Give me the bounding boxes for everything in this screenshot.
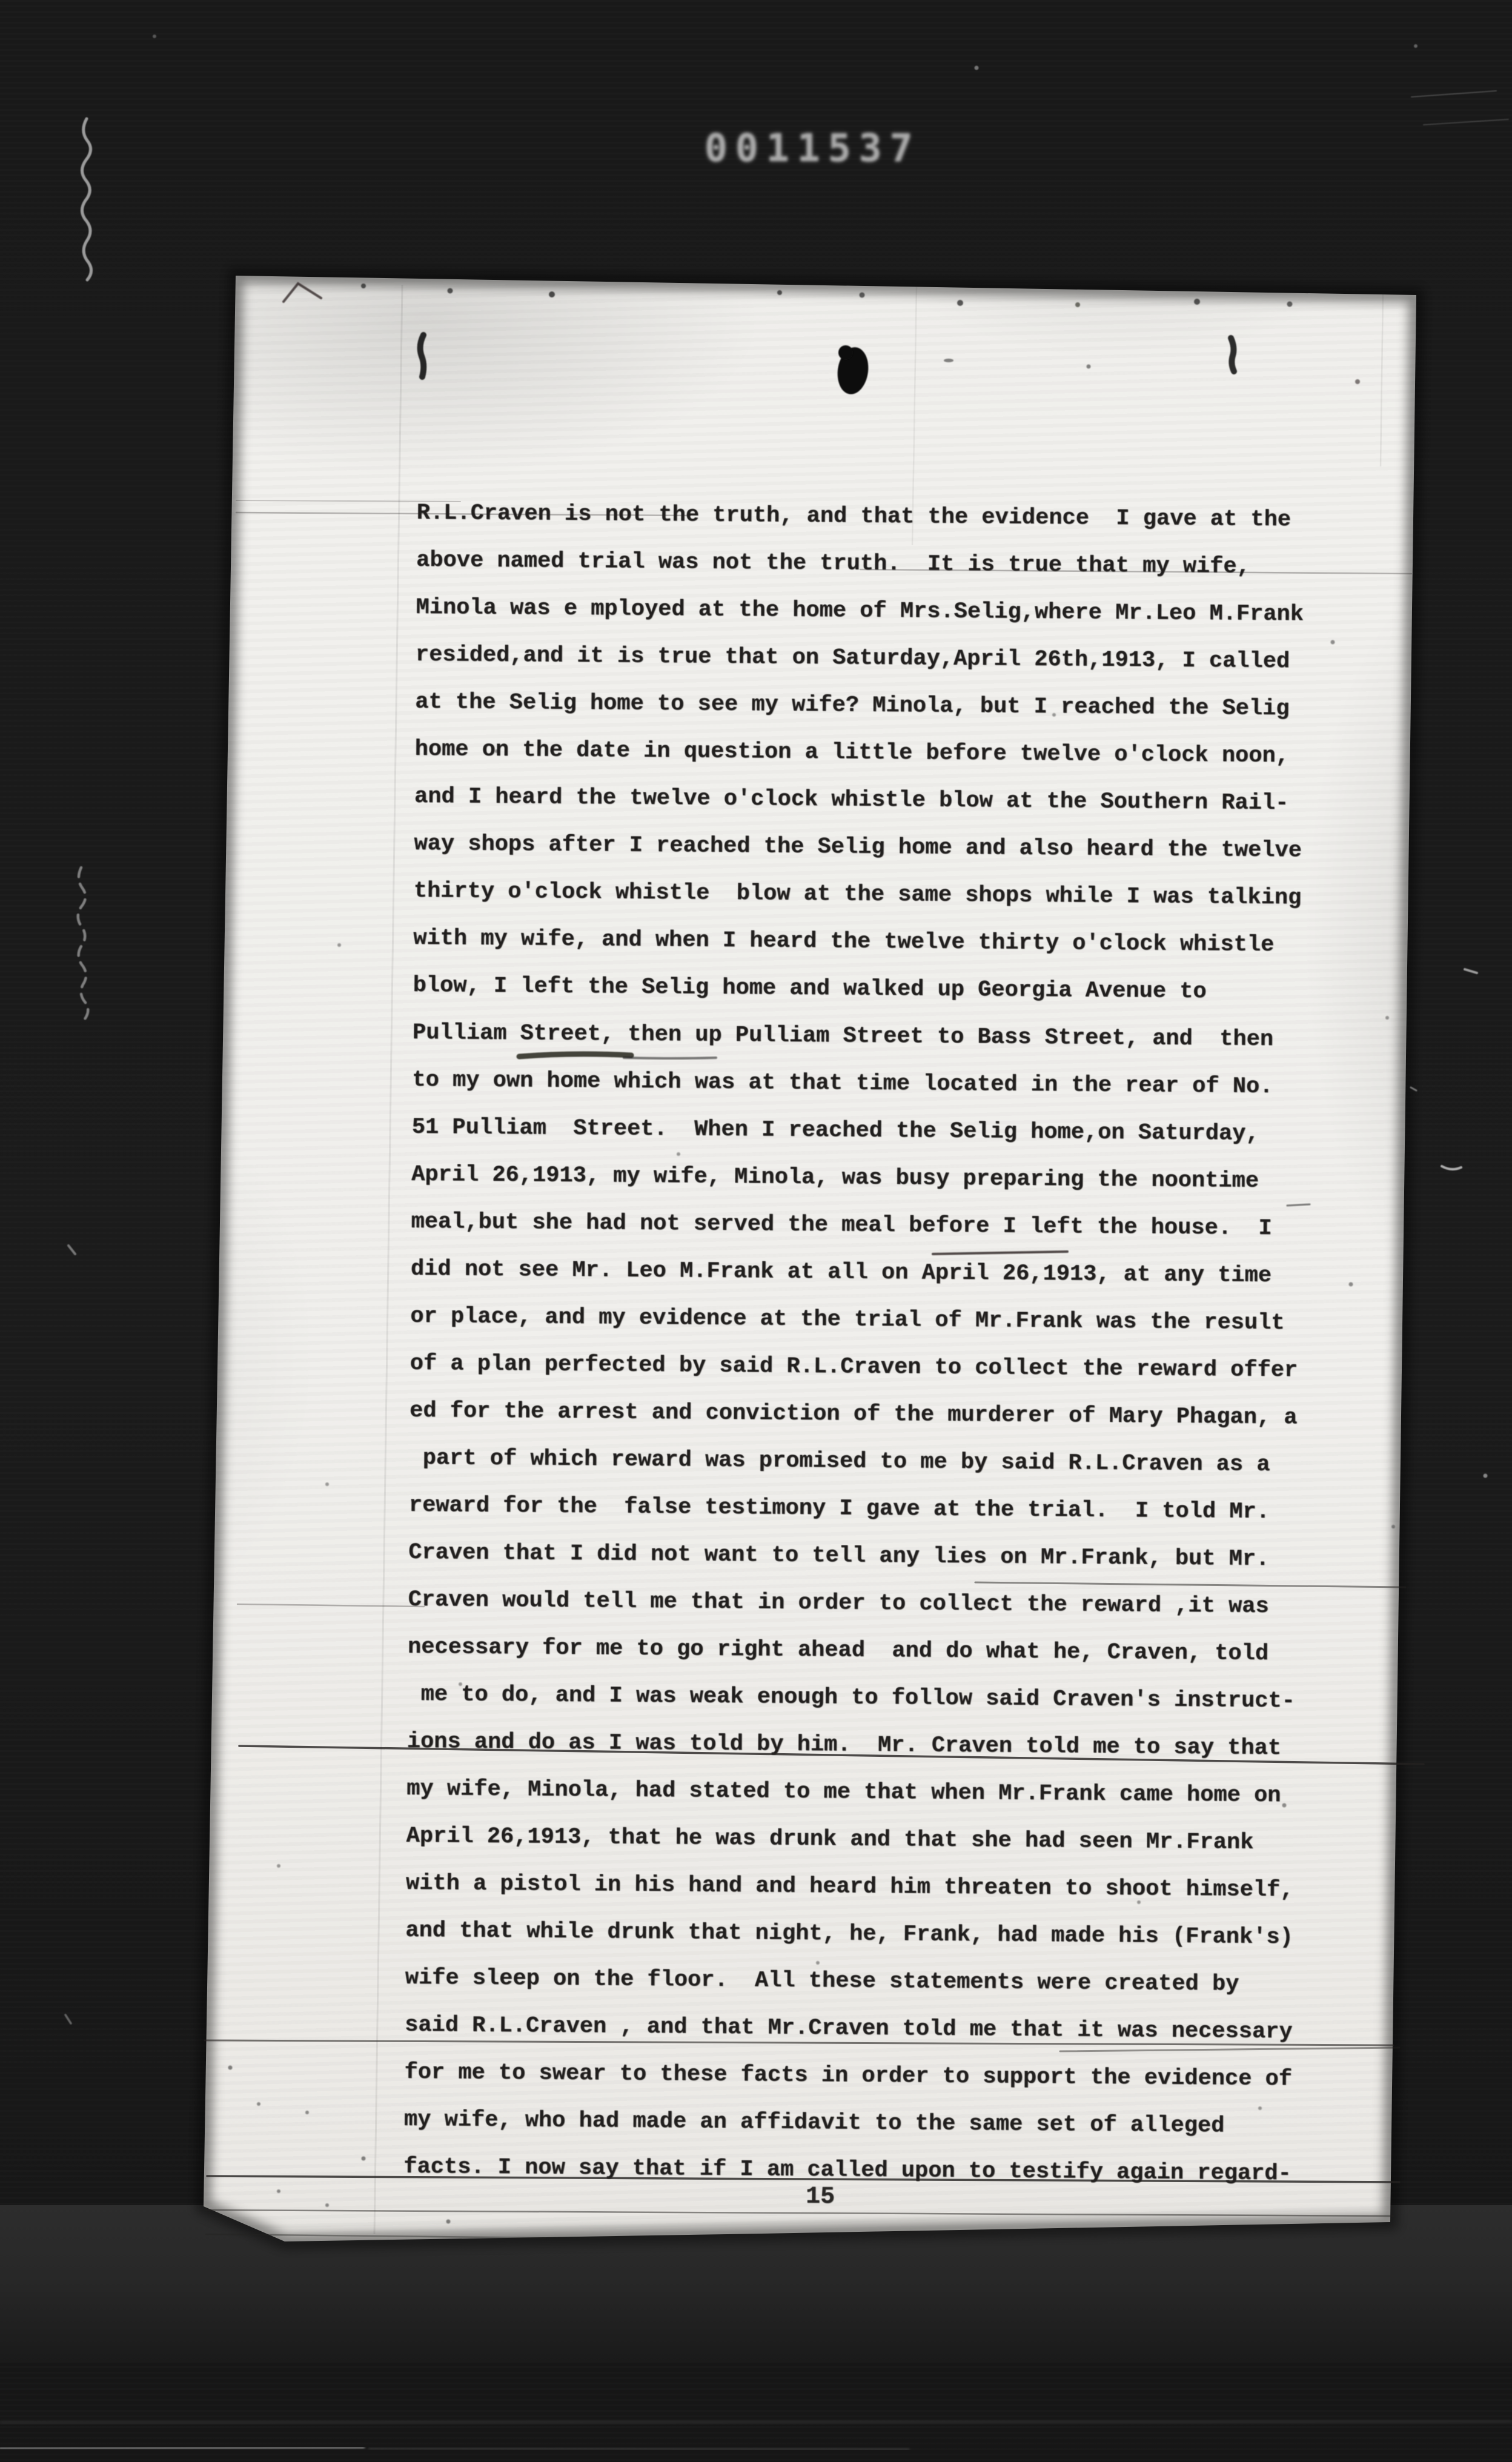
text-line: 51 Pulliam Street. When I reached the Se… (411, 1104, 1321, 1158)
text-line: April 26,1913, that he was drunk and tha… (406, 1813, 1315, 1867)
text-line: meal,but she had not served the meal bef… (411, 1198, 1320, 1253)
text-line: at the Selig home to see my wife? Minola… (415, 679, 1324, 733)
microfilm-scan: 0011537 R.L.Craven is not the truth, and… (0, 0, 1512, 2462)
text-line: home on the date in question a little be… (414, 726, 1324, 780)
text-line: R.L.Craven is not the truth, and that th… (416, 489, 1325, 544)
frame-number-stamp: 0011537 (705, 126, 921, 170)
text-line: and that while drunk that night, he, Fra… (405, 1907, 1315, 1962)
text-line: way shops after I reached the Selig home… (414, 820, 1323, 875)
text-line: did not see Mr. Leo M.Frank at all on Ap… (411, 1246, 1320, 1300)
text-line: for me to swear to these facts in order … (404, 2049, 1313, 2103)
film-scratch (78, 868, 88, 1019)
text-line: above named trial was not the truth. It … (416, 537, 1325, 591)
affidavit-text: R.L.Craven is not the truth, and that th… (403, 489, 1325, 2198)
text-line: Craven that I did not want to tell any l… (408, 1529, 1318, 1584)
text-line: thirty o'clock whistle blow at the same … (413, 868, 1322, 922)
text-line: of a plan perfected by said R.L.Craven t… (409, 1340, 1319, 1395)
text-line: my wife, who had made an affidavit to th… (404, 2096, 1313, 2151)
text-line: or place, and my evidence at the trial o… (410, 1293, 1319, 1347)
film-streak (0, 2421, 1512, 2423)
text-line: necessary for me to go right ahead and d… (408, 1624, 1317, 1678)
text-line: to my own home which was at that time lo… (412, 1057, 1321, 1111)
text-line: ions and do as I was told by him. Mr. Cr… (406, 1718, 1316, 1773)
text-line: said R.L.Craven , and that Mr.Craven tol… (405, 2002, 1314, 2056)
text-line: April 26,1913, my wife, Minola, was busy… (411, 1151, 1321, 1206)
film-streak (0, 2447, 363, 2449)
text-line: wife sleep on the floor. All these state… (405, 1954, 1314, 2009)
text-line: and I heard the twelve o'clock whistle b… (414, 773, 1324, 828)
text-line: with a pistol in his hand and heard him … (406, 1860, 1315, 1914)
text-line: Pulliam Street, then up Pulliam Street t… (413, 1009, 1322, 1064)
text-line: me to do, and I was weak enough to follo… (407, 1671, 1316, 1725)
text-line: ed for the arrest and conviction of the … (409, 1387, 1319, 1442)
text-line: blow, I left the Selig home and walked u… (413, 962, 1322, 1017)
text-line: Minola was e mployed at the home of Mrs.… (416, 584, 1325, 639)
text-line: Craven would tell me that in order to co… (408, 1576, 1317, 1631)
text-line: reward for the false testimony I gave at… (409, 1482, 1318, 1536)
text-line: my wife, Minola, had stated to me that w… (406, 1765, 1316, 1820)
film-scratch (82, 119, 91, 280)
text-line: with my wife, and when I heard the twelv… (413, 915, 1322, 969)
text-line: part of which reward was promised to me … (409, 1435, 1318, 1489)
text-line: facts. I now say that if I am called upo… (403, 2143, 1313, 2198)
page-number: 15 (806, 2183, 835, 2211)
text-line: resided,and it is true that on Saturday,… (416, 631, 1325, 686)
